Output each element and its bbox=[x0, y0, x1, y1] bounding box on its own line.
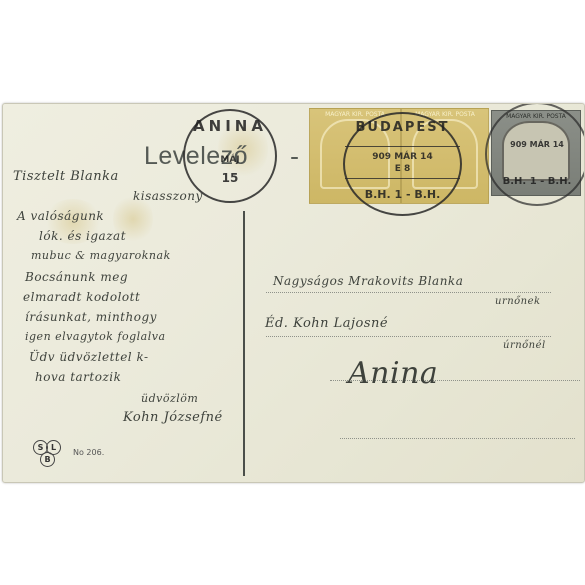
publisher-logo: S L B bbox=[33, 440, 63, 468]
address-recipient: Nagyságos Mrakovits Blanka bbox=[273, 274, 463, 288]
postmark-bottom: B.H. 1 - B.H. bbox=[487, 176, 585, 187]
postmark-date: 909 MÁR 14 bbox=[487, 140, 585, 149]
series-number: No 206. bbox=[73, 448, 104, 457]
message-line: írásunkat, minthogy bbox=[25, 310, 157, 324]
message-line: Üdv üdvözlettel k- bbox=[29, 350, 149, 364]
message-line: mubuc & magyaroknak bbox=[31, 249, 171, 262]
address-line-4 bbox=[340, 438, 575, 439]
message-line: A valóságunk bbox=[17, 209, 104, 223]
address-line-1 bbox=[266, 292, 551, 293]
vertical-divider bbox=[243, 211, 245, 476]
message-line: üdvözlöm bbox=[141, 392, 198, 405]
message-line: igen elvagytok foglalva bbox=[25, 330, 166, 343]
postmark-budapest-2: 909 MÁR 14 B.H. 1 - B.H. bbox=[485, 103, 585, 206]
address-title: urnőnek bbox=[495, 296, 541, 307]
address-city: Anina bbox=[348, 356, 438, 391]
message-line: Bocsánunk meg bbox=[25, 270, 128, 284]
header-dash: - bbox=[290, 142, 299, 171]
postmark-line bbox=[345, 178, 460, 179]
message-line: lók. és igazat bbox=[39, 229, 126, 243]
address-care-of: Éd. Kohn Lajosné bbox=[265, 316, 388, 331]
logo-letter: B bbox=[40, 452, 55, 467]
postmark-line bbox=[345, 146, 460, 147]
postmark-bottom: B.H. 1 - B.H. bbox=[345, 188, 460, 201]
message-signature: Kohn Józsefné bbox=[123, 410, 223, 425]
postmark-code: E 8 bbox=[345, 164, 460, 174]
address-care-of-title: úrnőnél bbox=[503, 340, 546, 351]
address-line-2 bbox=[266, 336, 551, 337]
postmark-town: ANINA bbox=[185, 117, 275, 135]
message-line: hova tartozik bbox=[35, 370, 121, 384]
postmark-day: 15 bbox=[185, 171, 275, 185]
postcard: Levelező - MAGYAR KIR. POSTA MAGYAR KIR.… bbox=[2, 103, 585, 483]
postmark-town: BUDAPEST bbox=[345, 120, 460, 135]
message-line: kisasszony bbox=[133, 189, 203, 203]
postmark-date: 909 MÁR 14 bbox=[345, 152, 460, 162]
postmark-budapest-1: BUDAPEST 909 MÁR 14 E 8 B.H. 1 - B.H. bbox=[343, 112, 462, 216]
postmark-month: MÁJ bbox=[185, 155, 275, 165]
message-line: elmaradt kodolott bbox=[23, 290, 140, 304]
message-line: Tisztelt Blanka bbox=[13, 169, 119, 184]
